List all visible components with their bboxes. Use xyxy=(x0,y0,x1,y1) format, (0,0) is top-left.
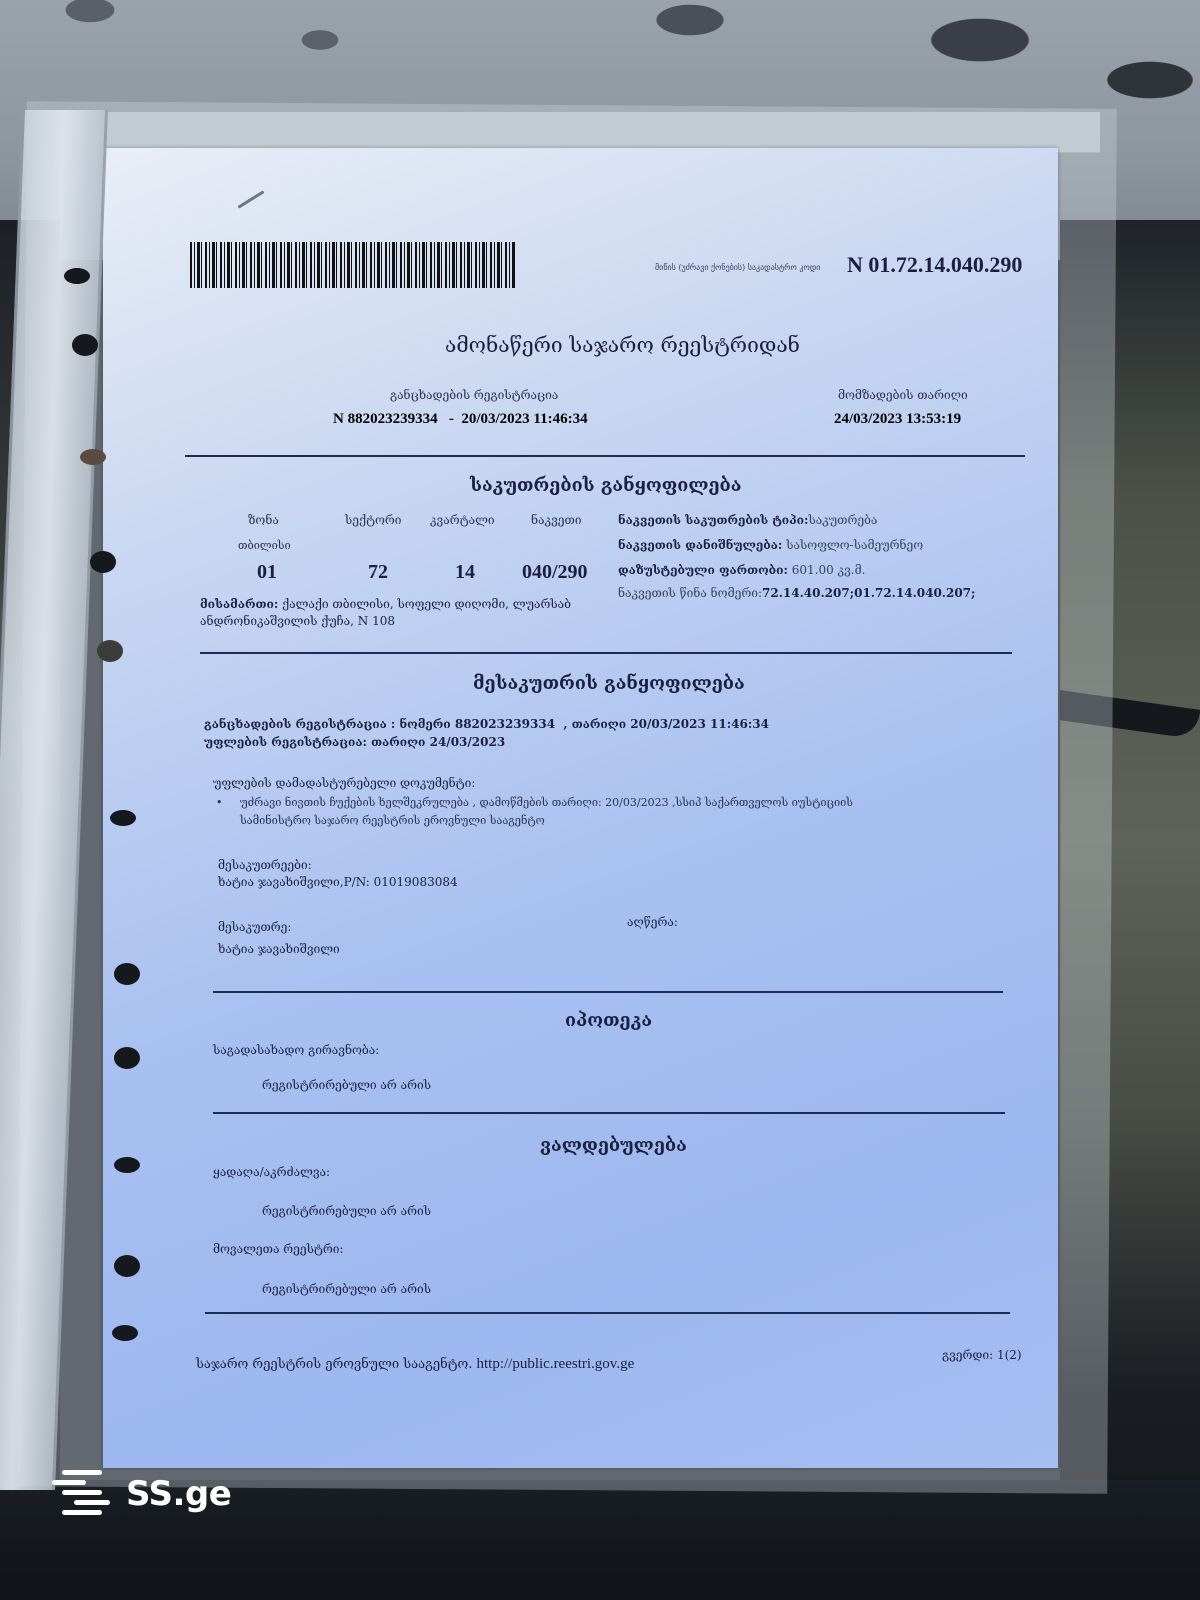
quarter-label: კვარტალი xyxy=(430,513,495,527)
zone-name: თბილისი xyxy=(238,539,291,552)
page-value: 1(2) xyxy=(997,1348,1022,1362)
area-value: 601.00 კვ.მ. xyxy=(792,563,866,577)
application-registration-value: N 882023239334 - 20/03/2023 11:46:34 xyxy=(333,411,588,428)
punch-hole xyxy=(112,1325,138,1341)
parcel-label: ნაკვეთი xyxy=(531,513,582,527)
owners-label: მესაკუთრეები: xyxy=(218,858,312,872)
zone-value: 01 xyxy=(257,561,277,584)
address-label: მისამართი: xyxy=(200,597,278,611)
obligations-section-title: ვალდებულება xyxy=(540,1135,687,1156)
area-label: დაზუსტებული ფართობი: xyxy=(618,563,788,577)
tax-lien-value: რეგისტრირებული არ არის xyxy=(262,1078,431,1092)
punch-hole xyxy=(114,1157,140,1173)
basis-document-line-2: სამინისტრო საჯარო რეესტრის ეროვნული სააგ… xyxy=(240,814,545,827)
right-registration-line: უფლების რეგისტრაცია: თარიღი 24/03/2023 xyxy=(204,735,505,749)
previous-number-value: 72.14.40.207;01.72.14.040.207; xyxy=(762,586,975,600)
punch-hole xyxy=(114,1047,140,1069)
footer-url[interactable]: http://public.reestri.gov.ge xyxy=(476,1356,634,1372)
address-line-1: მისამართი: ქალაქი თბილისი, სოფელი დიღომი… xyxy=(200,597,571,611)
punch-hole xyxy=(97,640,123,662)
mortgage-section-title: იპოთეკა xyxy=(565,1010,652,1031)
owner-section-title: მესაკუთრის განყოფილება xyxy=(473,673,745,694)
cadastral-code-label: მიწის (უძრავი ქონების) საკადასტრო კოდი xyxy=(655,263,820,272)
footer-agency-name: საჯარო რეესტრის ეროვნული სააგენტო. xyxy=(196,1357,472,1372)
basis-document-line-1: უძრავი ნივთის ჩუქების ხელშეკრულება , დამ… xyxy=(240,796,853,809)
preparation-date-label: მომზადების თარიღი xyxy=(838,388,968,402)
sector-label: სექტორი xyxy=(345,513,402,527)
ownership-type-label: ნაკვეთის საკუთრების ტიპი: xyxy=(618,513,808,527)
owner-application-date: 20/03/2023 11:46:34 xyxy=(630,717,769,731)
zone-label: ზონა xyxy=(248,513,279,527)
bullet-icon: • xyxy=(216,796,223,809)
previous-number-label: ნაკვეთის წინა ნომერი: xyxy=(618,586,762,600)
punch-hole xyxy=(114,1255,140,1277)
divider xyxy=(213,991,1003,993)
application-registration-label: განცხადების რეგისტრაცია xyxy=(390,388,558,402)
basis-documents-label: უფლების დამადასტურებელი დოკუმენტი: xyxy=(213,776,475,790)
seizure-label: ყადაღა/აკრძალვა: xyxy=(213,1165,330,1179)
punch-hole xyxy=(114,963,140,985)
punch-hole xyxy=(90,551,116,573)
preparation-date-value: 24/03/2023 13:53:19 xyxy=(834,411,961,428)
quarter-value: 14 xyxy=(455,561,475,584)
menu-lines-icon xyxy=(52,1470,112,1518)
page-label: გვერდი: xyxy=(942,1348,993,1362)
cadastral-code: N 01.72.14.040.290 xyxy=(847,252,1022,278)
document-title: ამონაწერი საჯარო რეესტრიდან xyxy=(445,333,800,357)
divider xyxy=(200,652,1012,654)
area-field: დაზუსტებული ფართობი: 601.00 კვ.მ. xyxy=(618,563,865,577)
purpose-field: ნაკვეთის დანიშნულება: სასოფლო-სამეურნეო xyxy=(618,538,923,552)
sector-value: 72 xyxy=(368,561,388,584)
footer-agency: საჯარო რეესტრის ეროვნული სააგენტო. http:… xyxy=(196,1356,634,1373)
address-line-2: ანდრონიკაშვილის ქუჩა, N 108 xyxy=(200,614,395,628)
owner-application-label: განცხადების რეგისტრაცია : ნომერი xyxy=(204,717,451,731)
punch-hole xyxy=(80,449,106,465)
sleeve-top-edge xyxy=(105,112,1100,153)
owner-value: ხატია ჯავახიშვილი xyxy=(218,942,340,956)
watermark-text: SS.ge xyxy=(126,1474,231,1514)
divider xyxy=(205,1312,1010,1314)
debtors-registry-value: რეგისტრირებული არ არის xyxy=(262,1282,431,1296)
owner-application-line: განცხადების რეგისტრაცია : ნომერი 8820232… xyxy=(204,717,769,731)
footer-page: გვერდი: 1(2) xyxy=(942,1348,1022,1362)
barcode xyxy=(190,242,515,288)
punch-hole xyxy=(64,268,90,284)
right-registration-date: 24/03/2023 xyxy=(430,735,506,749)
purpose-label: ნაკვეთის დანიშნულება: xyxy=(618,538,782,552)
owners-value: ხატია ჯავახიშვილი,P/N: 01019083084 xyxy=(218,875,458,889)
seizure-value: რეგისტრირებული არ არის xyxy=(262,1204,431,1218)
debtors-registry-label: მოვალეთა რეესტრი: xyxy=(213,1242,344,1256)
owner-application-date-label: , თარიღი xyxy=(563,717,626,731)
owner-application-number: 882023239334 xyxy=(455,717,555,731)
property-section-title: საკუთრების განყოფილება xyxy=(470,475,742,496)
ss-ge-watermark: SS.ge xyxy=(52,1470,231,1518)
description-label: აღწერა: xyxy=(627,915,678,929)
owner-label: მესაკუთრე: xyxy=(218,920,291,934)
parcel-value: 040/290 xyxy=(522,561,588,584)
punch-hole xyxy=(72,334,98,356)
divider xyxy=(185,455,1025,457)
right-registration-label: უფლების რეგისტრაცია: თარიღი xyxy=(204,735,425,749)
divider xyxy=(213,1112,1005,1114)
previous-number-field: ნაკვეთის წინა ნომერი:72.14.40.207;01.72.… xyxy=(618,586,975,600)
purpose-value: სასოფლო-სამეურნეო xyxy=(786,538,923,552)
ownership-type-value: საკუთრება xyxy=(808,513,877,527)
punch-hole xyxy=(110,810,136,826)
ownership-type-field: ნაკვეთის საკუთრების ტიპი:საკუთრება xyxy=(618,513,877,527)
tax-lien-label: საგადასახადო გირავნობა: xyxy=(213,1043,379,1057)
address-value: ქალაქი თბილისი, სოფელი დიღომი, ლუარსაბ xyxy=(282,597,571,611)
